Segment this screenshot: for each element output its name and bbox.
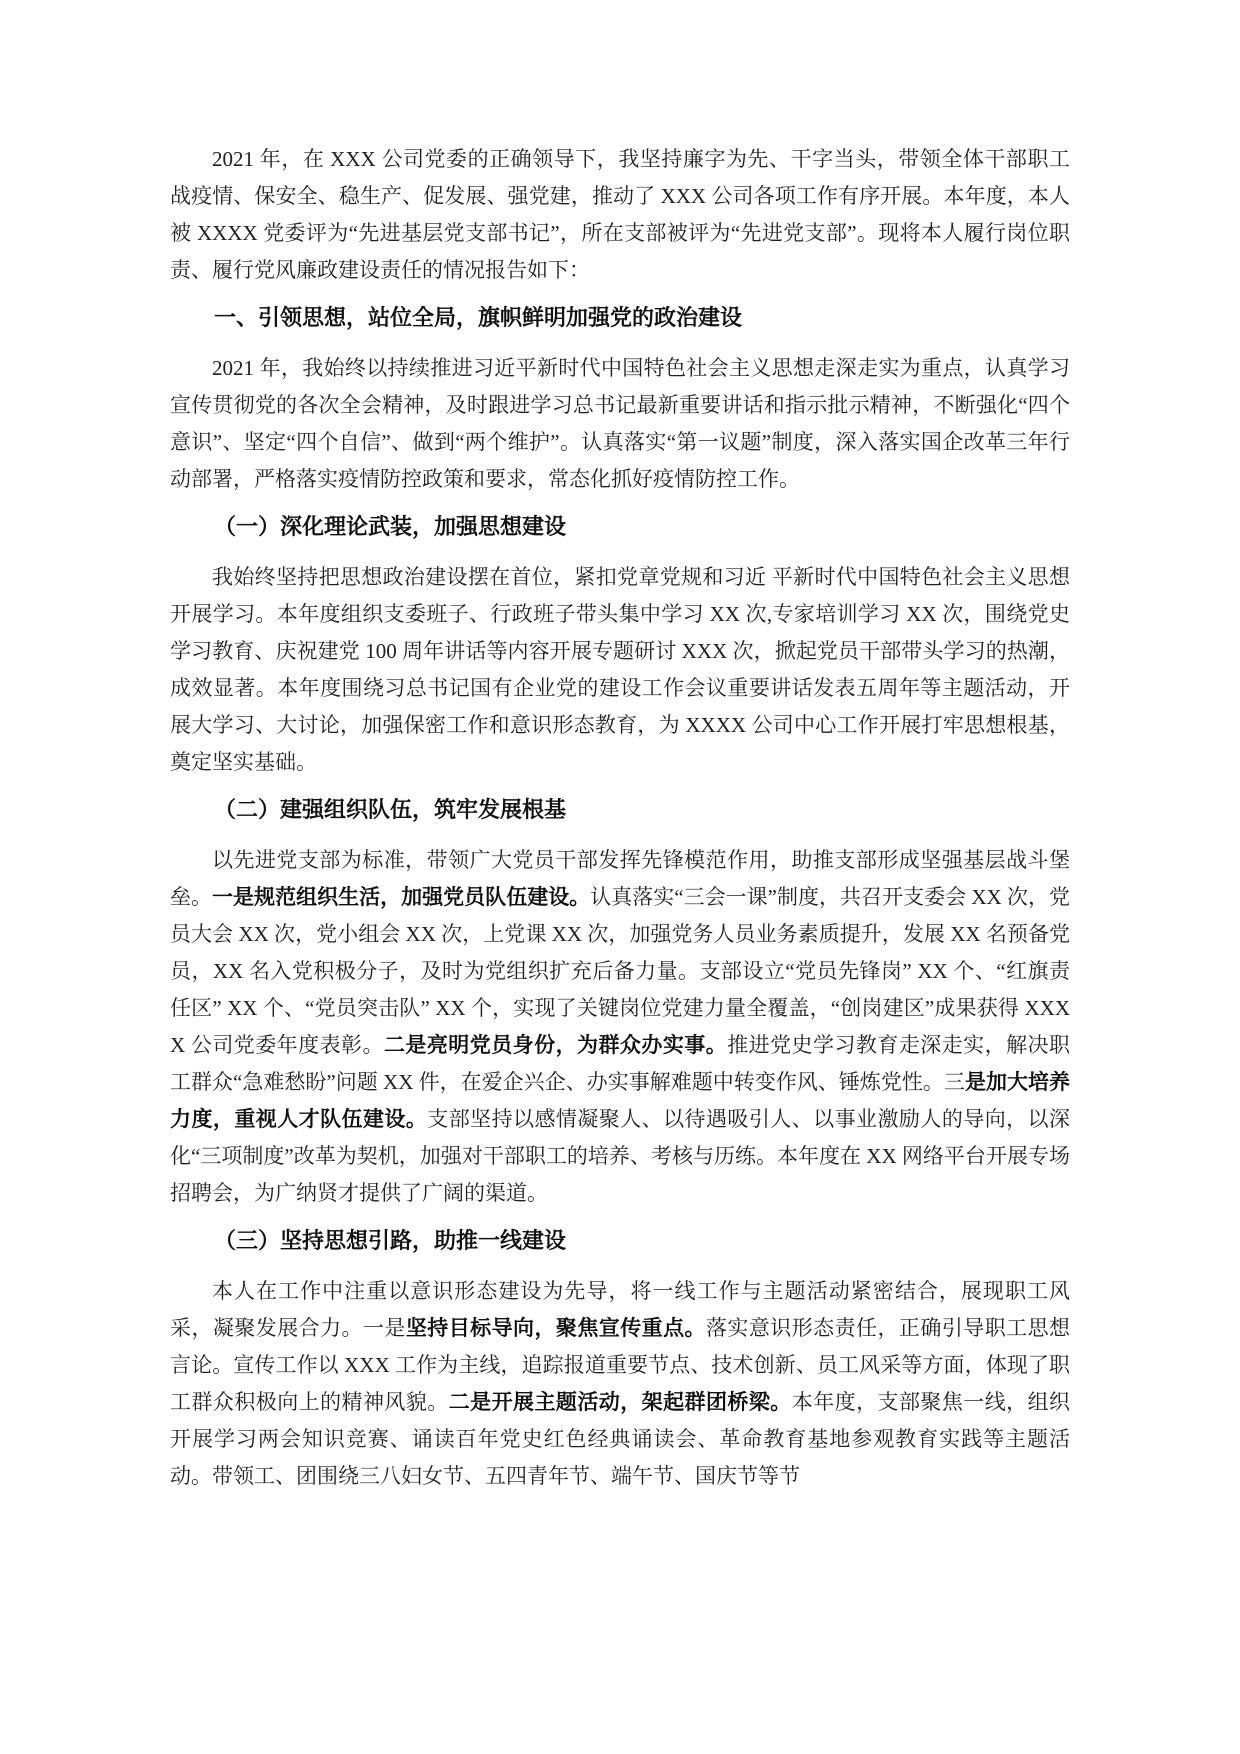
bold-text-run: 一是规范组织生活，加强党员队伍建设。	[212, 886, 590, 909]
bold-text-run: 坚持目标导向，聚焦宣传重点。	[406, 1317, 706, 1340]
bold-text-run: （一）深化理论武装，加强思想建设	[214, 514, 566, 539]
text-run: 2021 年，在 XXX 公司党委的正确领导下，我坚持廉字为先、干字当头，带领全…	[170, 147, 1070, 282]
paragraph: 以先进党支部为标准，带领广大党员干部发挥先锋模范作用，助推支部形成坚强基层战斗堡…	[170, 842, 1070, 1212]
paragraph: 本人在工作中注重以意识形态建设为先导，将一线工作与主题活动紧密结合，展现职工风采…	[170, 1273, 1070, 1495]
bold-text-run: 二是亮明党员身份，为群众办实事。	[384, 1034, 727, 1057]
section-heading: （一）深化理论武装，加强思想建设	[170, 508, 1070, 546]
bold-text-run: 一、引领思想，站位全局，旗帜鲜明加强党的政治建设	[214, 305, 742, 330]
text-run: 我始终坚持把思想政治建设摆在首位，紧扣党章党规和习近 平新时代中国特色社会主义思…	[170, 565, 1070, 774]
section-heading: （三）坚持思想引路，助推一线建设	[170, 1222, 1070, 1260]
document-page: 2021 年，在 XXX 公司党委的正确领导下，我坚持廉字为先、干字当头，带领全…	[0, 0, 1240, 1754]
document-body: 2021 年，在 XXX 公司党委的正确领导下，我坚持廉字为先、干字当头，带领全…	[170, 141, 1070, 1495]
bold-text-run: 二是开展主题活动，架起群团桥梁。	[449, 1391, 792, 1414]
text-run: 2021 年，我始终以持续推进习近平新时代中国特色社会主义思想走深走实为重点，认…	[170, 356, 1070, 491]
paragraph: 2021 年，我始终以持续推进习近平新时代中国特色社会主义思想走深走实为重点，认…	[170, 350, 1070, 498]
paragraph: 我始终坚持把思想政治建设摆在首位，紧扣党章党规和习近 平新时代中国特色社会主义思…	[170, 559, 1070, 781]
section-heading: 一、引领思想，站位全局，旗帜鲜明加强党的政治建设	[170, 299, 1070, 337]
paragraph: 2021 年，在 XXX 公司党委的正确领导下，我坚持廉字为先、干字当头，带领全…	[170, 141, 1070, 289]
bold-text-run: （三）坚持思想引路，助推一线建设	[214, 1228, 566, 1253]
section-heading: （二）建强组织队伍，筑牢发展根基	[170, 791, 1070, 829]
text-run: 认真落实“三会一课”制度，共召开支委会 XX 次，党员大会 XX 次，党小组会 …	[170, 885, 1070, 1057]
bold-text-run: （二）建强组织队伍，筑牢发展根基	[214, 797, 566, 822]
